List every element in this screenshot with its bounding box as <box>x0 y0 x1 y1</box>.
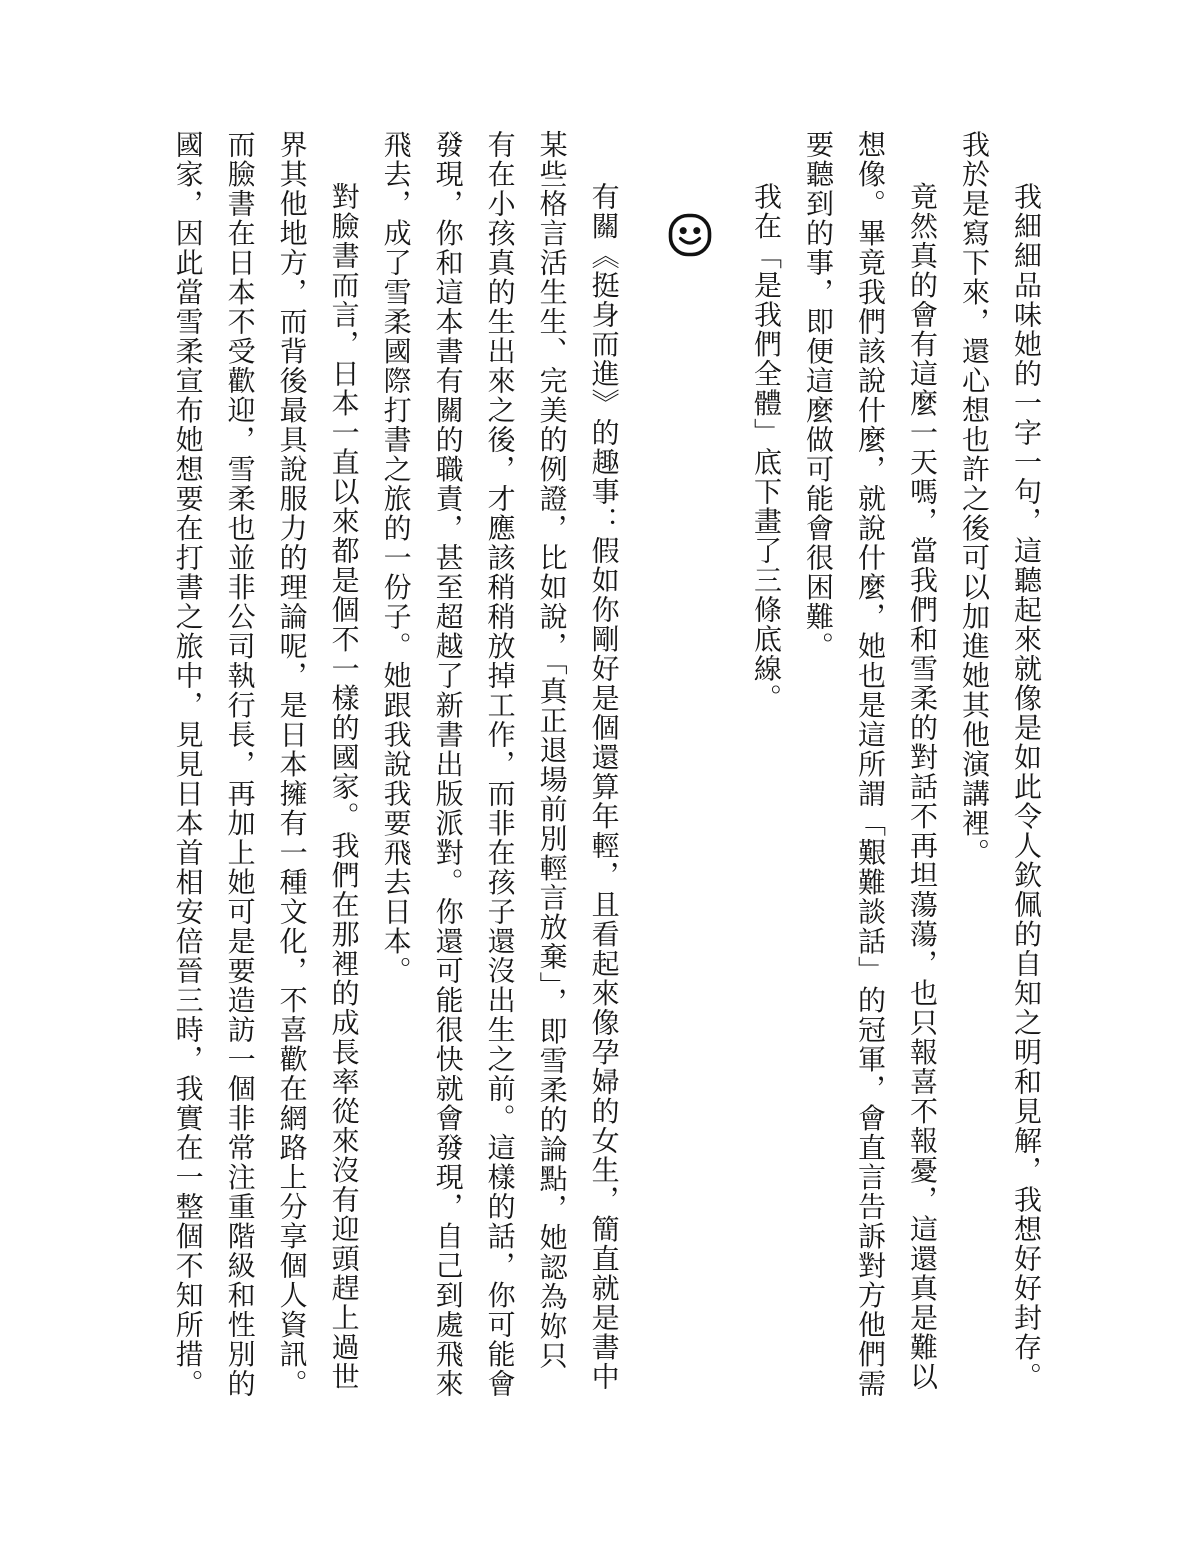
text-column: 國家，因此當雪柔宣布她想要在打書之旅中，見見日本首相安倍晉三時，我實在一整個不知… <box>162 130 214 1465</box>
text-column: 飛去，成了雪柔國際打書之旅的一份子。她跟我說我要飛去日本。 <box>370 130 422 1465</box>
text-column: 發現，你和這本書有關的職責，甚至超越了新書出版派對。你還可能很快就會發現，自己到… <box>422 130 474 1465</box>
text-column: 對臉書而言，日本一直以來都是個不一樣的國家。我們在那裡的成長率從來沒有迎頭趕上過… <box>318 130 370 1465</box>
text-column: 我在「是我們全體」底下畫了三條底線。 <box>740 130 792 1465</box>
text-column: 竟然真的會有這麼一天嗎，當我們和雪柔的對話不再坦蕩蕩，也只報喜不報憂，這還真是難… <box>896 130 948 1465</box>
text-column: 界其他地方，而背後最具說服力的理論呢，是日本擁有一種文化，不喜歡在網路上分享個人… <box>266 130 318 1465</box>
smiley-face-icon <box>657 130 713 1465</box>
text-column: 我細細品味她的一字一句，這聽起來就像是如此令人欽佩的自知之明和見解，我想好好封存… <box>1000 130 1052 1465</box>
text-column: 我於是寫下來，還心想也許之後可以加進她其他演講裡。 <box>948 130 1000 1465</box>
text-column: 想像。畢竟我們該說什麼，就說什麼，她也是這所謂「艱難談話」的冠軍，會直言告訴對方… <box>844 130 896 1465</box>
text-column: 要聽到的事，即便這麼做可能會很困難。 <box>792 130 844 1465</box>
text-column: 某些格言活生生、完美的例證，比如說，「真正退場前別輕言放棄」，即雪柔的論點，她認… <box>526 130 578 1465</box>
text-column: 而臉書在日本不受歡迎，雪柔也並非公司執行長，再加上她可是要造訪一個非常注重階級和… <box>214 130 266 1465</box>
text-column: 有關《挺身而進》的趣事：假如你剛好是個還算年輕，且看起來像孕婦的女生，簡直就是書… <box>578 130 630 1465</box>
book-page: 我細細品味她的一字一句，這聽起來就像是如此令人欽佩的自知之明和見解，我想好好封存… <box>0 0 1200 1553</box>
vertical-text-block: 我細細品味她的一字一句，這聽起來就像是如此令人欽佩的自知之明和見解，我想好好封存… <box>162 130 1052 1465</box>
text-column: 有在小孩真的生出來之後，才應該稍稍放掉工作，而非在孩子還沒出生之前。這樣的話，你… <box>474 130 526 1465</box>
